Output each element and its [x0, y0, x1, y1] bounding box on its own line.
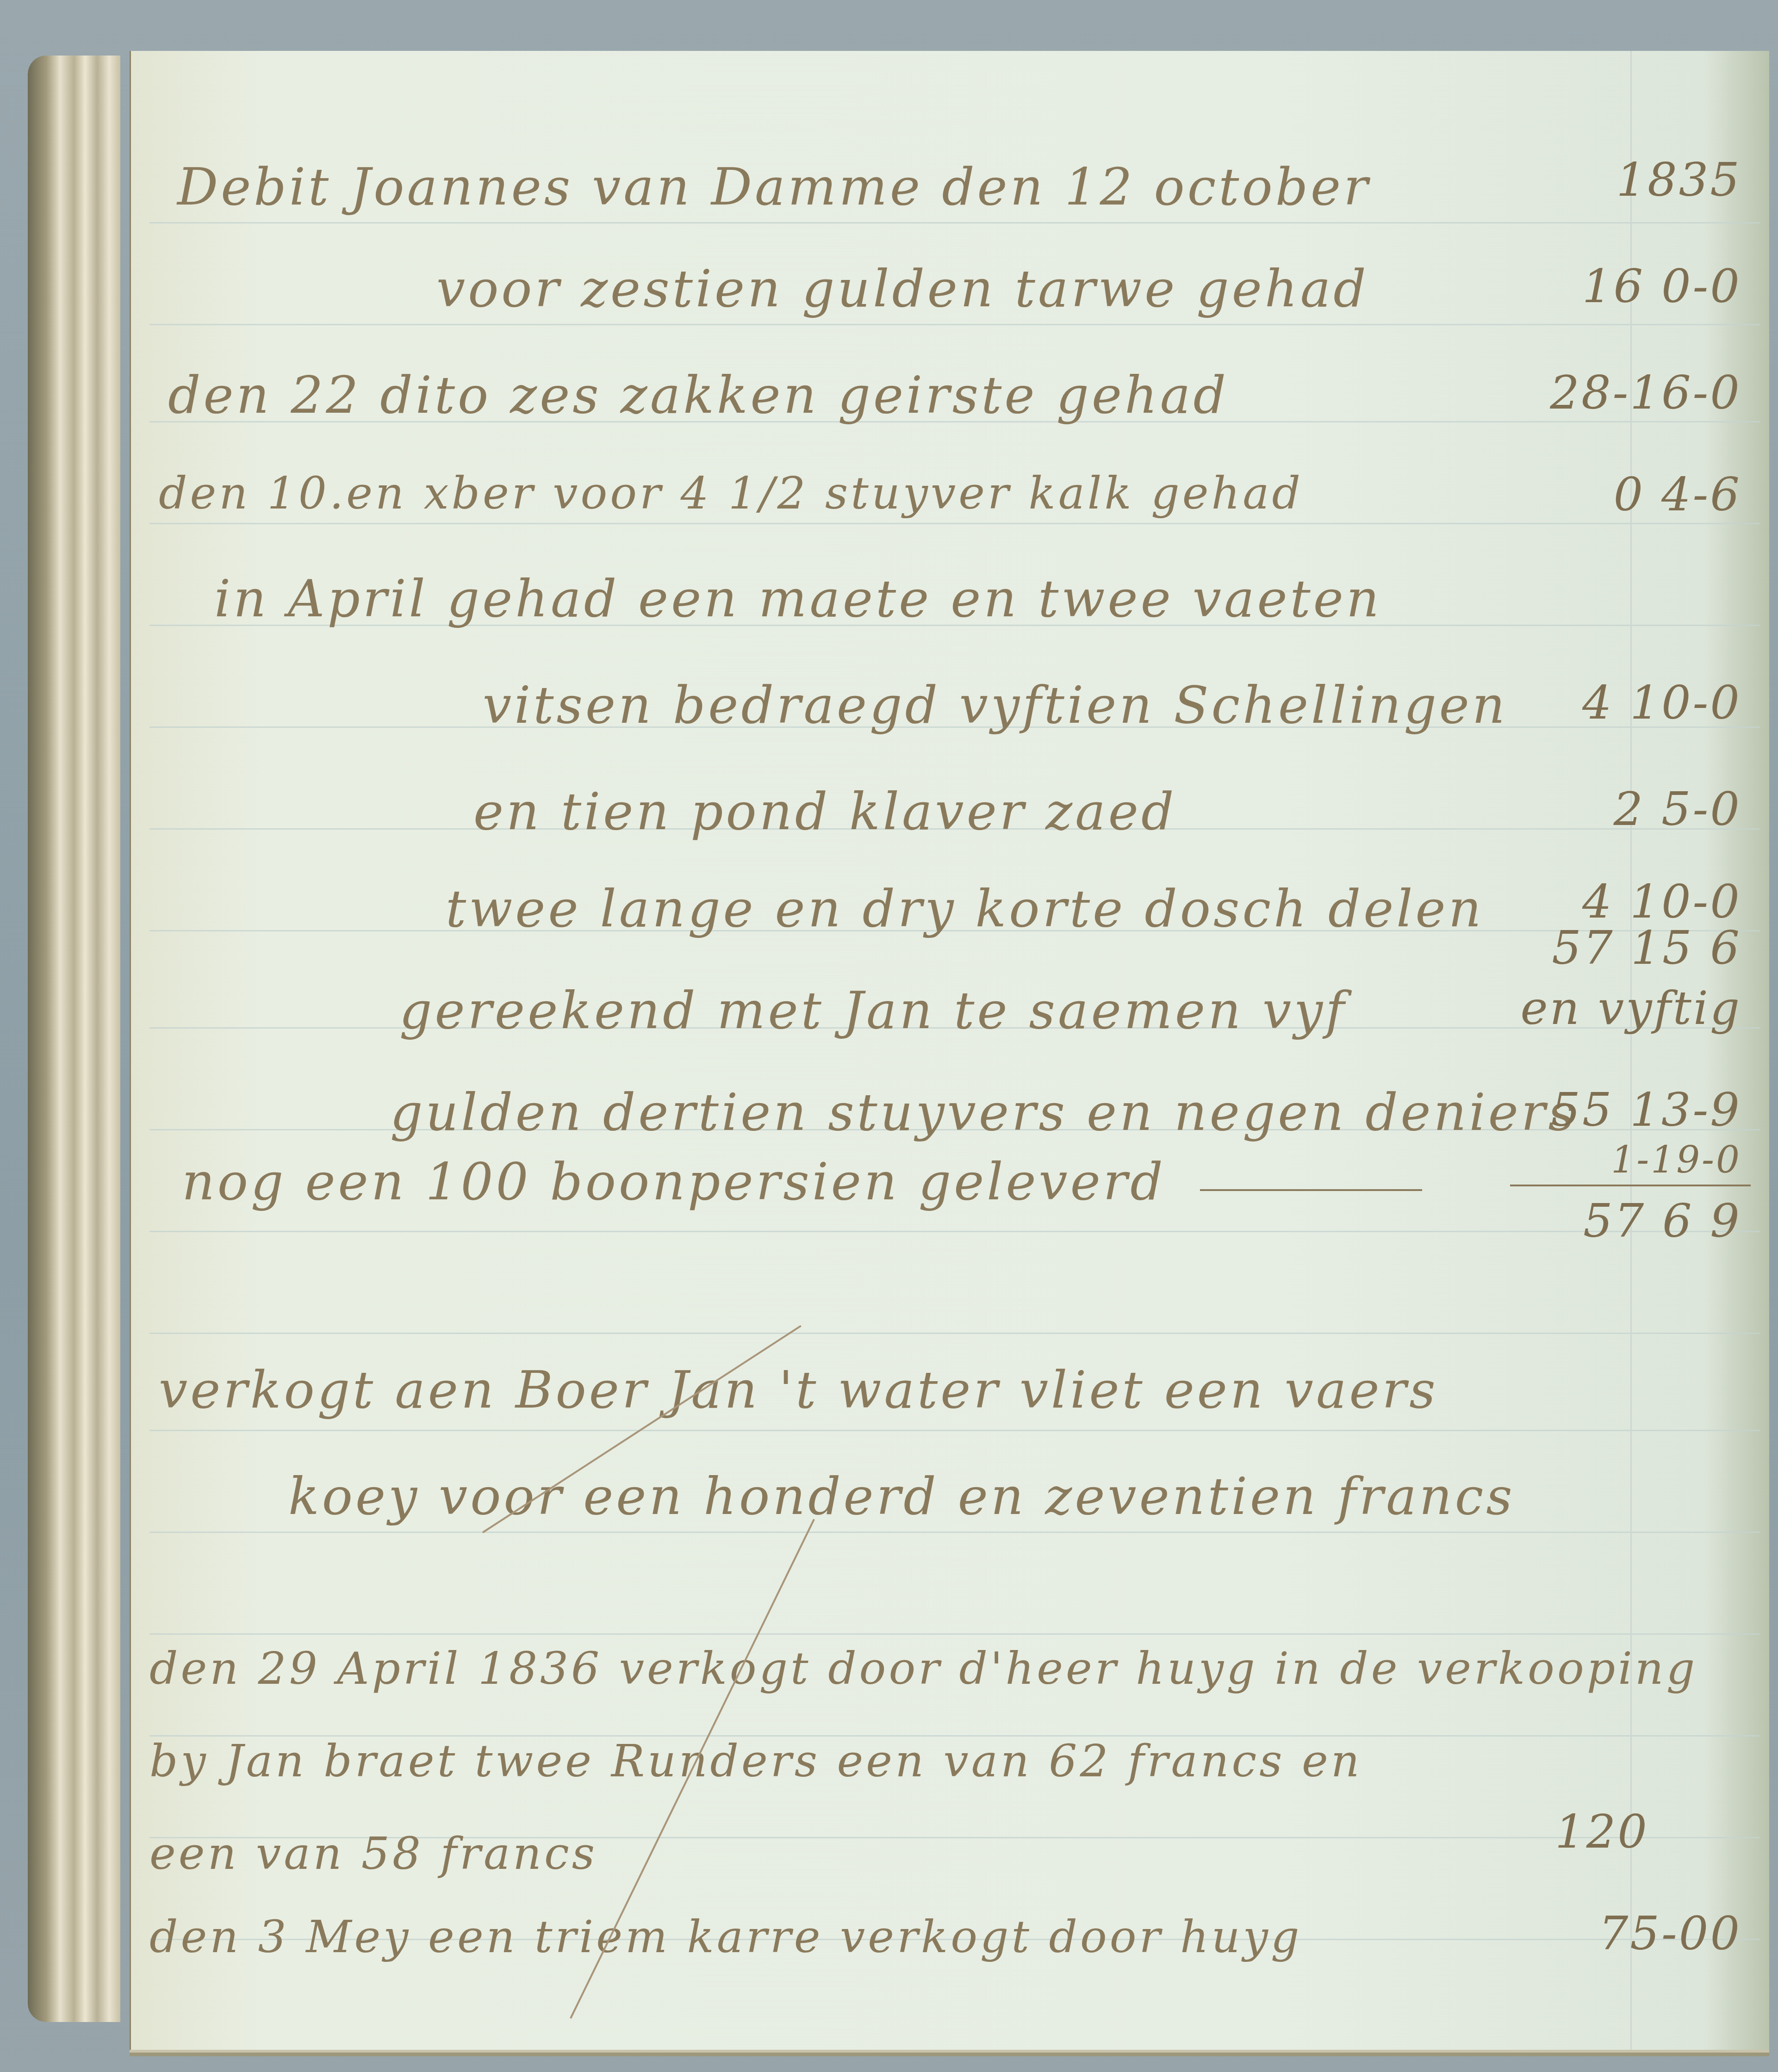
ruled-line — [149, 324, 1760, 325]
ledger-amount: 1835 — [1501, 153, 1741, 207]
ledger-amount: 4 10-0 — [1501, 676, 1741, 730]
ledger-line: twee lange en dry korte dosch delen — [446, 879, 1484, 938]
ledger-amount: 120 — [1408, 1805, 1649, 1859]
book-binding — [28, 56, 120, 2022]
ledger-page: Debit Joannes van Damme den 12 october 1… — [130, 51, 1769, 2050]
ledger-amount: 0 4-6 — [1501, 467, 1741, 521]
ruled-line — [149, 523, 1760, 524]
ledger-amount: 2 5-0 — [1501, 782, 1741, 836]
ledger-line: verkogt aen Boer Jan 't water vliet een … — [159, 1360, 1438, 1420]
ledger-line: by Jan braet twee Runders een van 62 fra… — [149, 1735, 1362, 1787]
ledger-line: Debit Joannes van Damme den 12 october — [177, 157, 1371, 217]
ruled-line — [149, 1633, 1760, 1635]
ledger-line: den 3 Mey een triem karre verkogt door h… — [149, 1911, 1302, 1963]
ruled-line — [149, 1333, 1760, 1334]
ledger-subtotal: 57 15 6 — [1501, 921, 1741, 975]
ledger-line: een van 58 francs — [149, 1828, 597, 1880]
ledger-line: nog een 100 boonpersien geleverd — [182, 1152, 1166, 1211]
ledger-line: den 29 April 1836 verkogt door d'heer hu… — [149, 1643, 1697, 1694]
ledger-line: voor zestien gulden tarwe gehad — [436, 259, 1369, 318]
ruled-line — [149, 222, 1760, 223]
ledger-line: den 10.en xber voor 4 1/2 stuyver kalk g… — [159, 467, 1303, 519]
ledger-amount: 55 13-9 — [1501, 1083, 1741, 1137]
ledger-amount: 28-16-0 — [1501, 366, 1741, 420]
dash-line — [1200, 1189, 1422, 1191]
ruled-line — [149, 1532, 1760, 1533]
ledger-line: vitsen bedraegd vyftien Schellingen — [483, 676, 1508, 735]
ledger-line: in April gehad een maete en twee vaeten — [214, 569, 1382, 628]
ledger-line: koey voor een honderd en zeventien franc… — [288, 1467, 1515, 1526]
sum-line — [1510, 1185, 1751, 1186]
ledger-total: 57 6 9 — [1501, 1194, 1741, 1248]
ledger-line: en tien pond klaver zaed — [473, 782, 1176, 841]
ruled-line — [149, 1430, 1760, 1431]
ledger-line: gereekend met Jan te saemen vyf — [399, 981, 1347, 1040]
column-rule — [1630, 51, 1632, 2050]
ledger-amount: 1-19-0 — [1501, 1138, 1741, 1181]
ledger-line: gulden dertien stuyvers en negen deniers — [390, 1083, 1577, 1142]
ledger-line: den 22 dito zes zakken geirste gehad — [168, 366, 1229, 425]
ledger-amount: en vyftig — [1501, 981, 1741, 1035]
ledger-amount: 75-00 — [1501, 1906, 1741, 1960]
ledger-amount: 16 0-0 — [1501, 259, 1741, 313]
